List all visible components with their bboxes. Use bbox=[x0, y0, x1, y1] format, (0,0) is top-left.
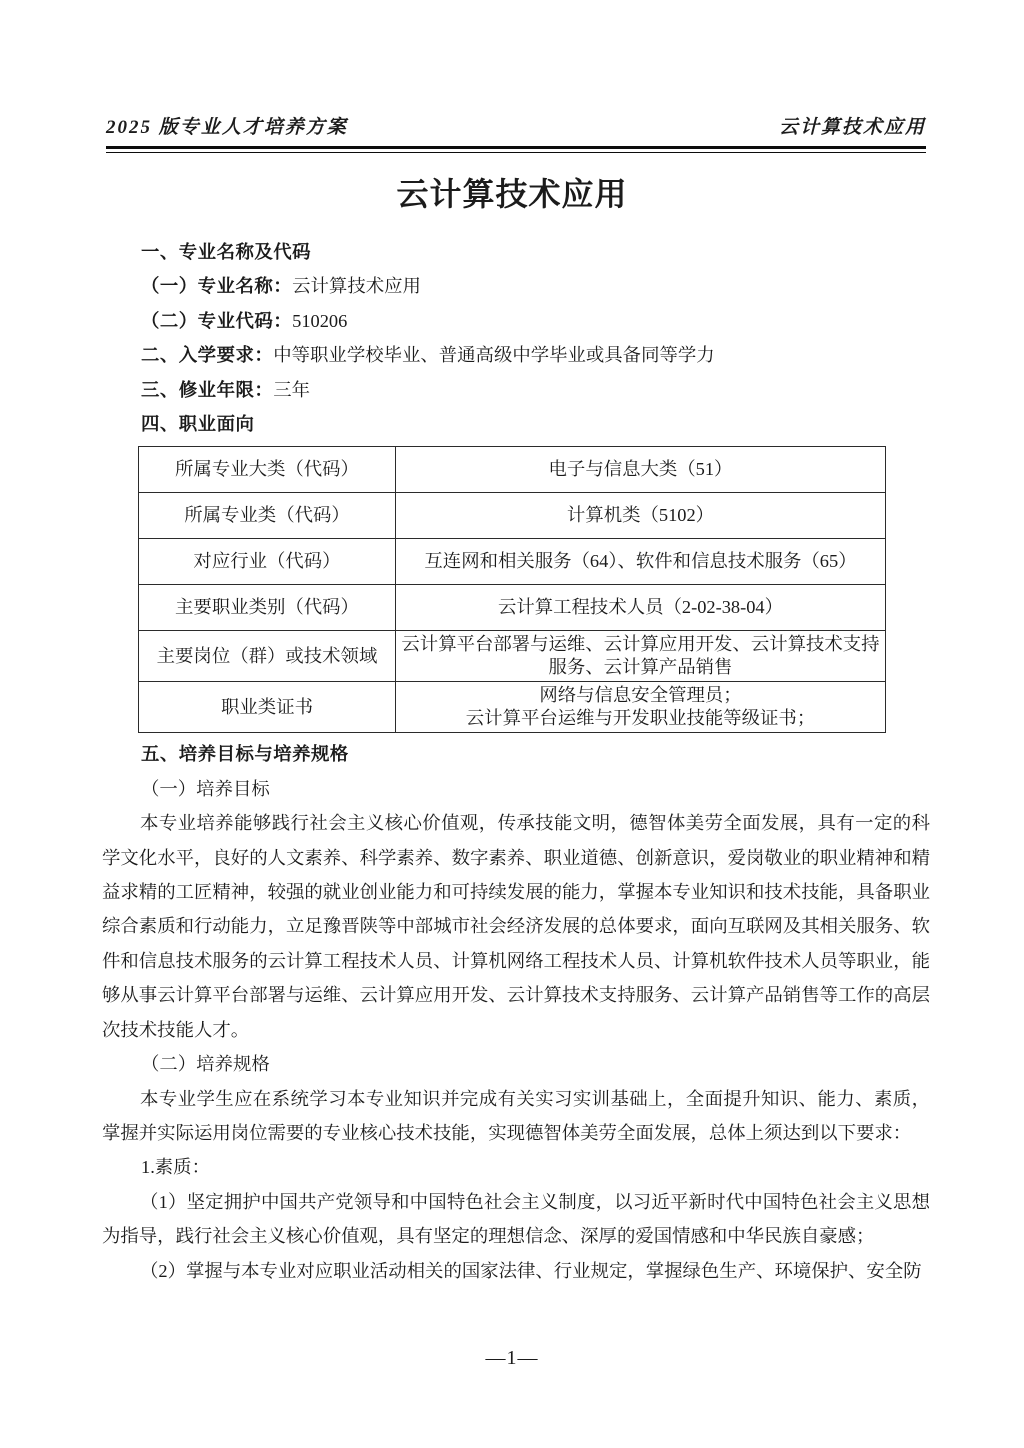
cell-label: 所属专业类（代码） bbox=[139, 493, 396, 539]
table-row: 主要岗位（群）或技术领域 云计算平台部署与运维、云计算应用开发、云计算技术支持服… bbox=[139, 631, 886, 682]
page-number: —1— bbox=[0, 1347, 1024, 1370]
cell-value: 计算机类（5102） bbox=[396, 493, 886, 539]
header-doc-type: 2025 版专业人才培养方案 bbox=[106, 112, 348, 139]
header-rule-thick bbox=[106, 146, 926, 149]
cell-label: 职业类证书 bbox=[139, 682, 396, 733]
major-code-value: 510206 bbox=[292, 311, 347, 331]
cell-label: 主要职业类别（代码） bbox=[139, 585, 396, 631]
document-body: 一、专业名称及代码 （一）专业名称：云计算技术应用 （二）专业代码：510206… bbox=[102, 235, 930, 1288]
table-row: 对应行业（代码） 互连网和相关服务（64）、软件和信息技术服务（65） bbox=[139, 539, 886, 585]
header-doc-title: 云计算技术应用 bbox=[779, 112, 926, 139]
major-name-label: （一）专业名称： bbox=[141, 275, 292, 296]
cell-label: 所属专业大类（代码） bbox=[139, 447, 396, 493]
cell-label: 主要岗位（群）或技术领域 bbox=[139, 631, 396, 682]
entry-requirement-value: 中等职业学校毕业、普通高级中学毕业或具备同等学力 bbox=[273, 345, 714, 365]
entry-requirement-label: 二、入学要求： bbox=[141, 344, 273, 365]
cell-value: 互连网和相关服务（64）、软件和信息技术服务（65） bbox=[396, 539, 886, 585]
section-1-heading: 一、专业名称及代码 bbox=[102, 235, 930, 269]
cell-value: 电子与信息大类（51） bbox=[396, 447, 886, 493]
page-header: 2025 版专业人才培养方案 云计算技术应用 bbox=[106, 112, 926, 153]
cell-label: 对应行业（代码） bbox=[139, 539, 396, 585]
training-spec-paragraph: 本专业学生应在系统学习本专业知识并完成有关实习实训基础上，全面提升知识、能力、素… bbox=[102, 1082, 930, 1151]
table-row: 所属专业类（代码） 计算机类（5102） bbox=[139, 493, 886, 539]
document-title: 云计算技术应用 bbox=[0, 172, 1024, 216]
major-name-line: （一）专业名称：云计算技术应用 bbox=[102, 269, 930, 303]
cell-value: 云计算平台部署与运维、云计算应用开发、云计算技术支持服务、云计算产品销售 bbox=[396, 631, 886, 682]
section-5-heading: 五、培养目标与培养规格 bbox=[102, 737, 930, 771]
entry-requirement-line: 二、入学要求：中等职业学校毕业、普通高级中学毕业或具备同等学力 bbox=[102, 338, 930, 372]
training-goal-paragraph: 本专业培养能够践行社会主义核心价值观，传承技能文明，德智体美劳全面发展，具有一定… bbox=[102, 806, 930, 1047]
major-name-value: 云计算技术应用 bbox=[292, 276, 421, 296]
career-orientation-table: 所属专业大类（代码） 电子与信息大类（51） 所属专业类（代码） 计算机类（51… bbox=[138, 446, 886, 733]
quality-item-2: （2）掌握与本专业对应职业活动相关的国家法律、行业规定，掌握绿色生产、环境保护、… bbox=[102, 1254, 930, 1288]
study-years-label: 三、修业年限： bbox=[141, 379, 273, 400]
quality-item-1: （1）坚定拥护中国共产党领导和中国特色社会主义制度，以习近平新时代中国特色社会主… bbox=[102, 1185, 930, 1254]
document-page: 2025 版专业人才培养方案 云计算技术应用 云计算技术应用 一、专业名称及代码… bbox=[0, 0, 1024, 1448]
table-row: 所属专业大类（代码） 电子与信息大类（51） bbox=[139, 447, 886, 493]
training-goal-heading: （一）培养目标 bbox=[102, 772, 930, 806]
cell-value: 网络与信息安全管理员； 云计算平台运维与开发职业技能等级证书； bbox=[396, 682, 886, 733]
major-code-line: （二）专业代码：510206 bbox=[102, 304, 930, 338]
training-spec-heading: （二）培养规格 bbox=[102, 1047, 930, 1081]
study-years-value: 三年 bbox=[273, 380, 310, 400]
quality-heading: 1.素质： bbox=[102, 1150, 930, 1184]
table-row: 职业类证书 网络与信息安全管理员； 云计算平台运维与开发职业技能等级证书； bbox=[139, 682, 886, 733]
cell-value: 云计算工程技术人员（2-02-38-04） bbox=[396, 585, 886, 631]
table-row: 主要职业类别（代码） 云计算工程技术人员（2-02-38-04） bbox=[139, 585, 886, 631]
header-rule-thin bbox=[106, 152, 926, 154]
major-code-label: （二）专业代码： bbox=[141, 310, 292, 331]
study-years-line: 三、修业年限：三年 bbox=[102, 373, 930, 407]
section-4-heading: 四、职业面向 bbox=[102, 407, 930, 441]
